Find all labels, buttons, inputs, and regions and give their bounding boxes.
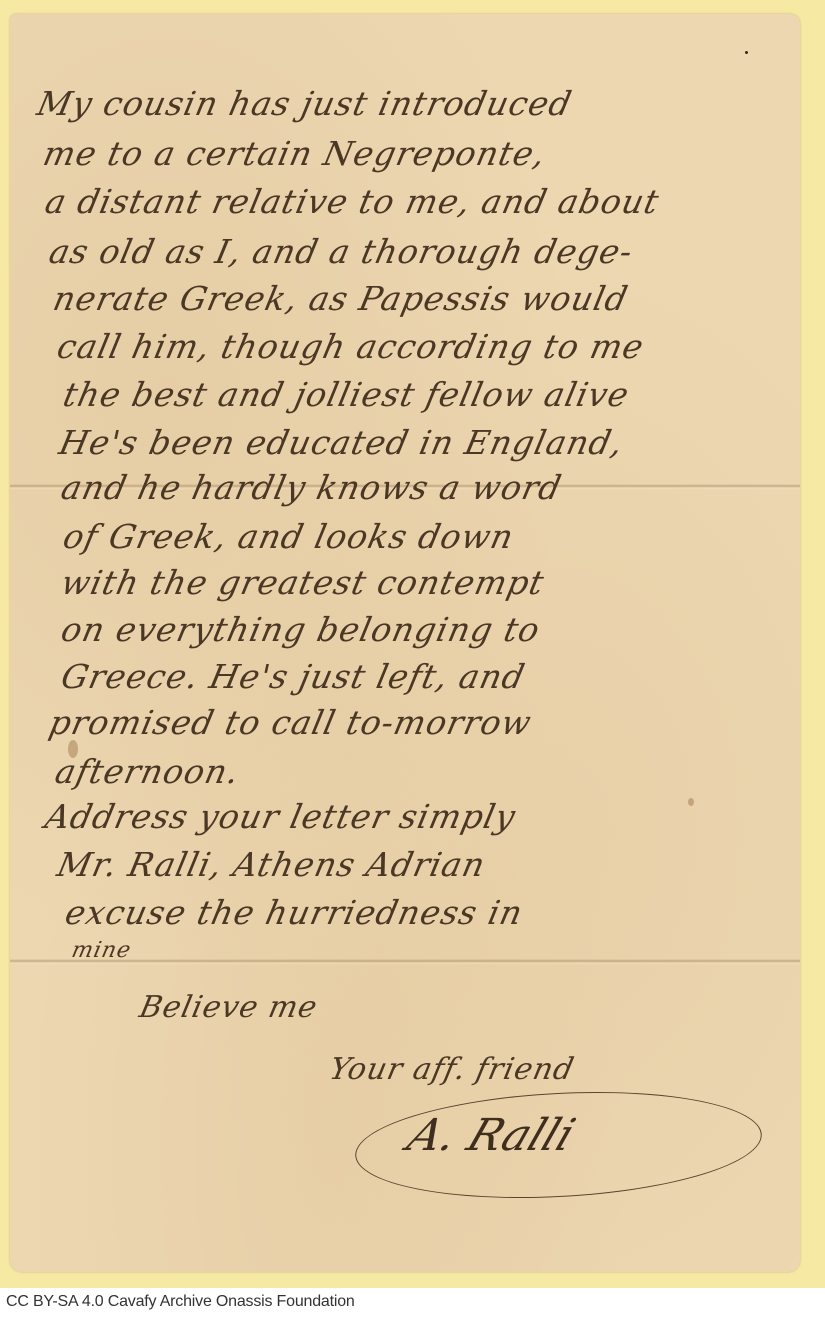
- letter-line: excuse the hurriedness in: [62, 893, 527, 932]
- letter-line: My cousin has just introduced: [34, 84, 576, 123]
- letter-line: me to a certain Negreponte,: [40, 134, 550, 173]
- letter-line: a distant relative to me, and about: [42, 182, 663, 221]
- letter-line: He's been educated in England,: [56, 423, 627, 462]
- letter-line: promised to call to-morrow: [46, 703, 535, 742]
- letter-line: call him, though according to me: [54, 327, 648, 366]
- ink-stain: [688, 798, 694, 806]
- letter-line: with the greatest contempt: [58, 563, 548, 602]
- letter-line: of Greek, and looks down: [60, 517, 518, 556]
- letter-line: nerate Greek, as Papessis would: [50, 279, 632, 318]
- letter-line: mine: [69, 938, 133, 963]
- ink-dot: [745, 51, 748, 54]
- letter-line: and he hardly knows a word: [58, 468, 566, 507]
- letter-line: Mr. Ralli, Athens Adrian: [54, 845, 489, 884]
- closing-line: Your aff. friend: [326, 1052, 577, 1087]
- letter-line: Greece. He's just left, and: [58, 657, 529, 696]
- letter-line: Address your letter simply: [42, 797, 520, 836]
- license-credit: CC BY-SA 4.0 Cavafy Archive Onassis Foun…: [6, 1293, 355, 1311]
- letter-line: as old as I, and a thorough dege-: [46, 232, 637, 271]
- closing-line: Believe me: [136, 990, 321, 1025]
- letter-line: afternoon.: [52, 752, 243, 791]
- letter-line: on everything belonging to: [58, 610, 544, 649]
- signature: A. Ralli: [401, 1110, 582, 1161]
- letter-line: the best and jolliest fellow alive: [60, 375, 633, 414]
